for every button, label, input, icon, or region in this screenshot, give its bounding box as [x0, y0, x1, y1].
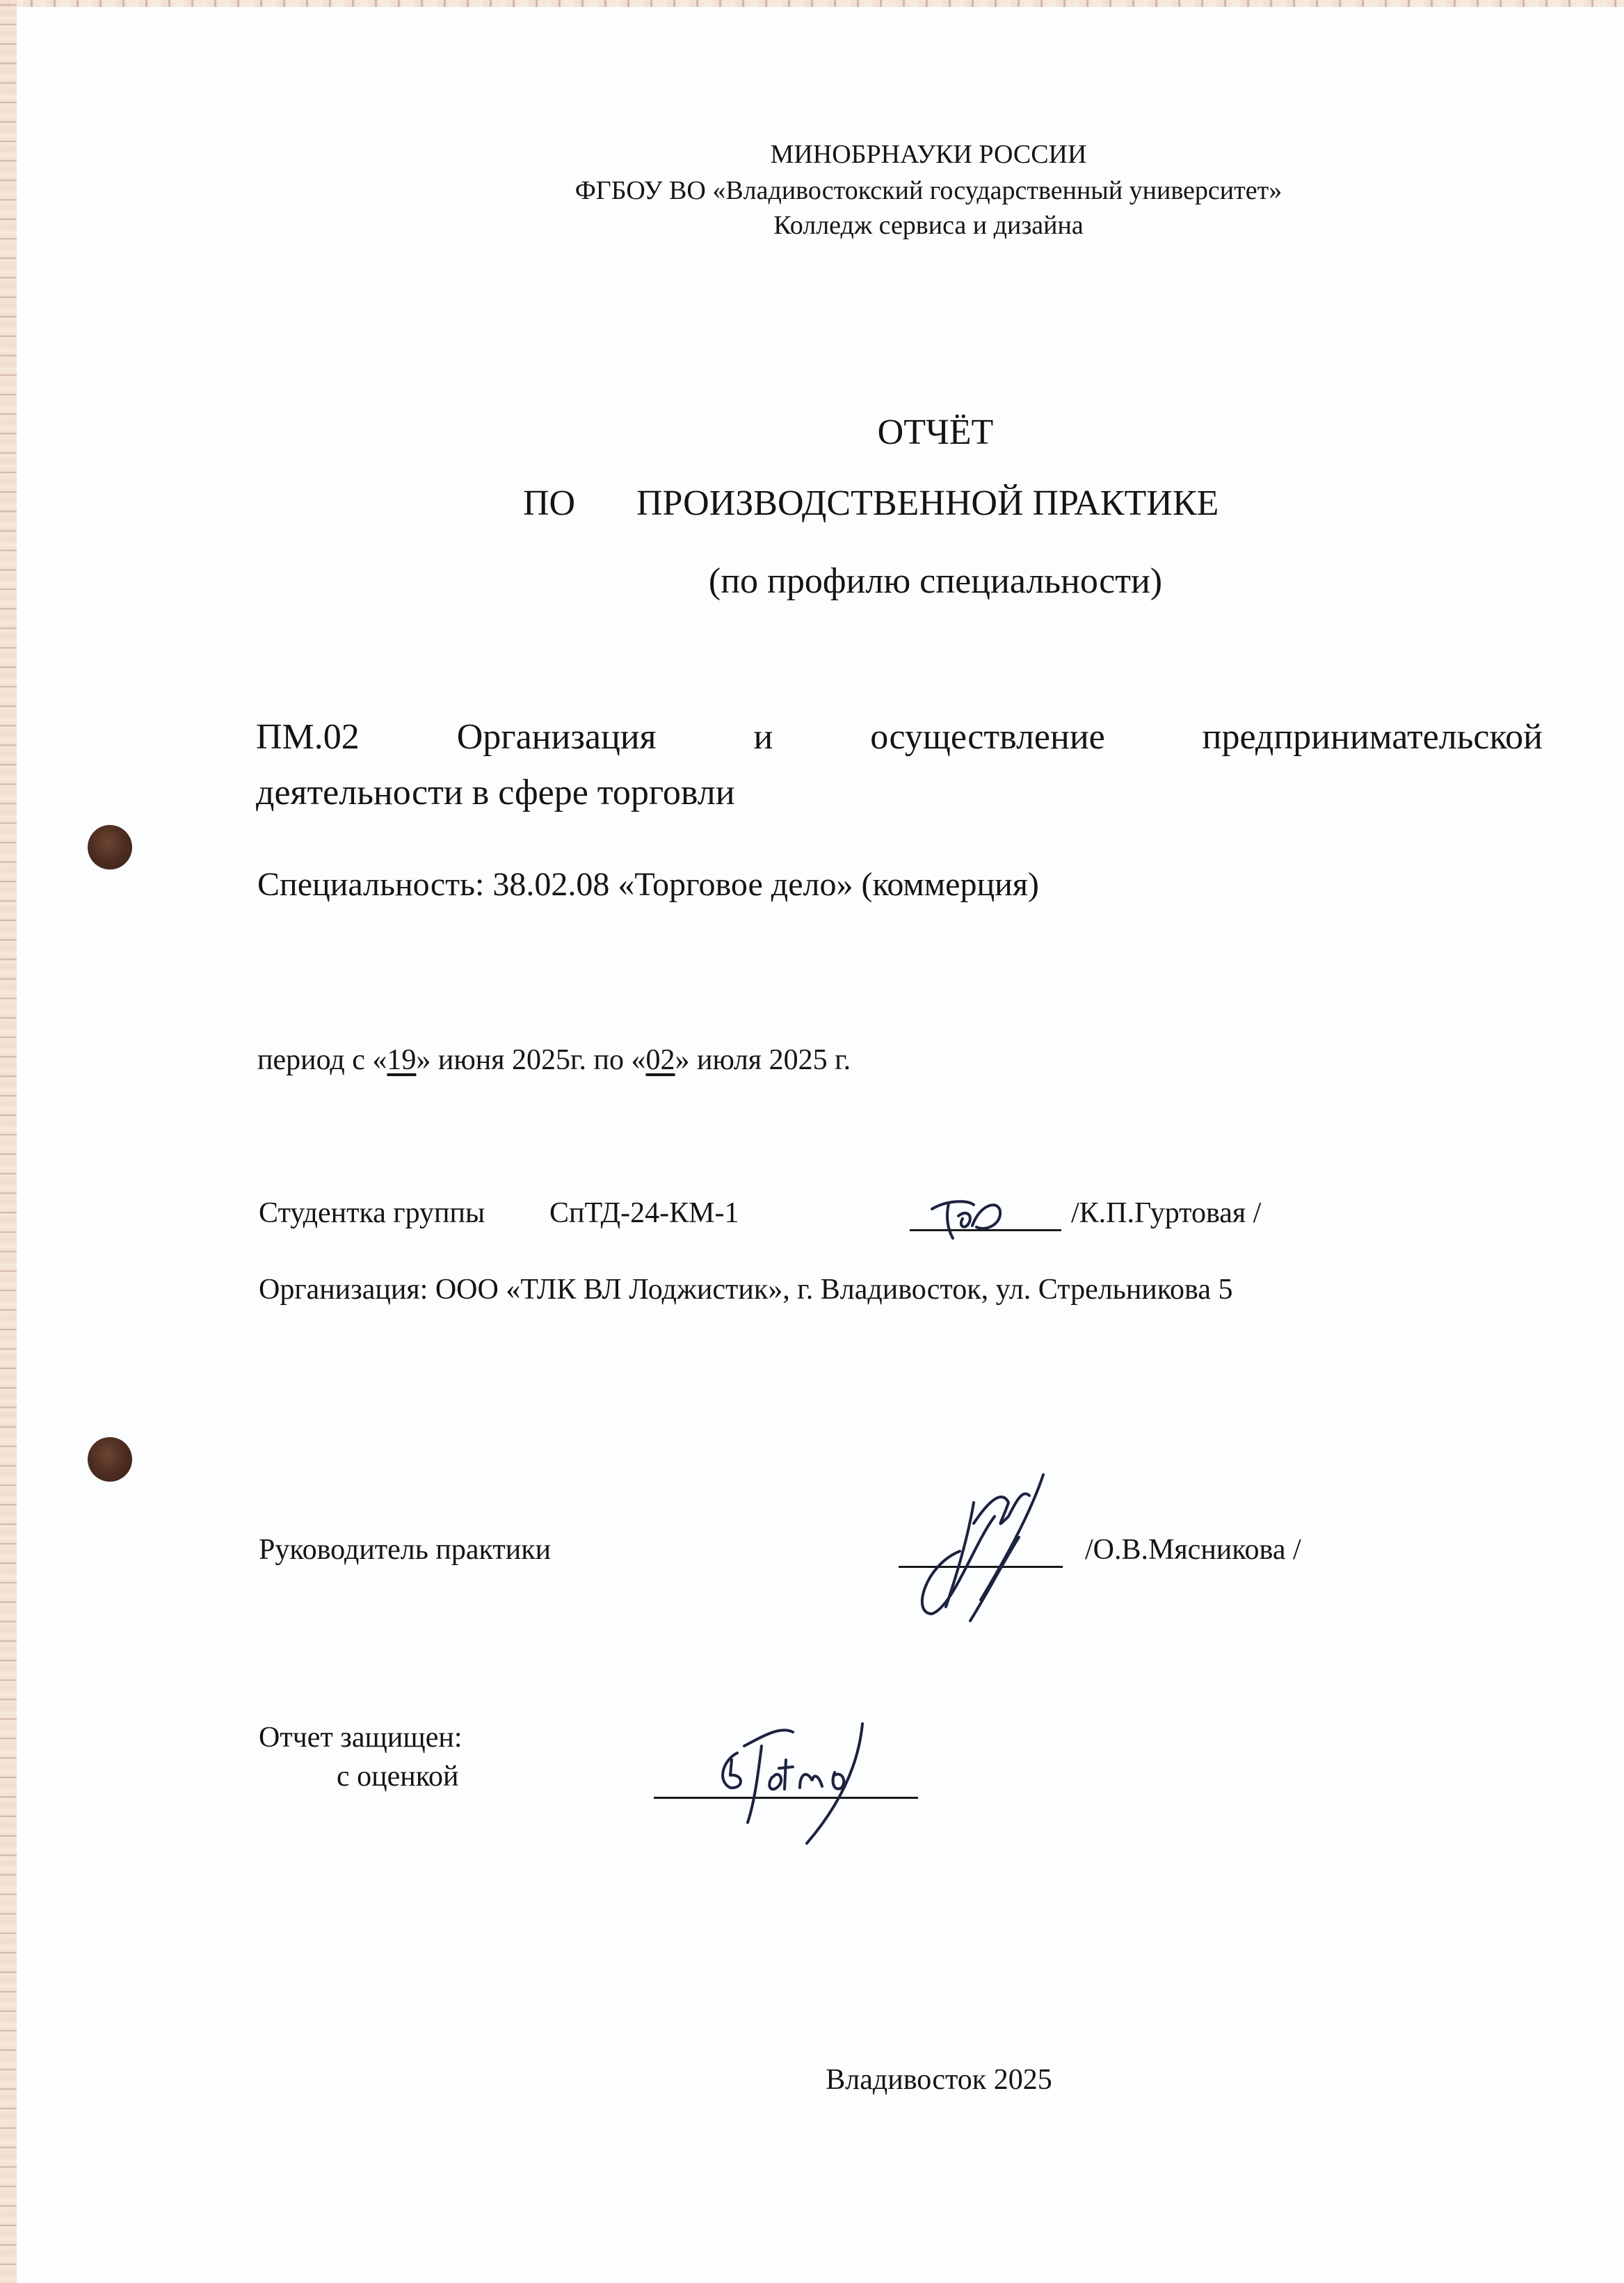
practice-period: период с «19» июня 2025г. по «02» июля 2… — [257, 1043, 851, 1077]
report-subtitle: (по профилю специальности) — [0, 561, 1624, 602]
module-word: предпринимательской — [1203, 716, 1543, 758]
module-word: осуществление — [870, 716, 1105, 758]
supervisor-name: /О.В.Мясникова / — [1085, 1533, 1301, 1567]
period-mid: » июня 2025г. по « — [416, 1044, 645, 1076]
student-signature — [918, 1195, 1015, 1244]
scan-edge-top — [0, 0, 1624, 7]
report-title-prefix: ПО — [523, 483, 575, 524]
module-word: Организация — [457, 716, 657, 758]
punch-hole-bottom — [88, 1437, 132, 1482]
module-line-1: ПМ.02 Организация и осуществление предпр… — [256, 716, 1543, 758]
grade-handwriting — [696, 1711, 904, 1836]
report-title-practice: ПРОИЗВОДСТВЕННОЙ ПРАКТИКЕ — [636, 483, 1219, 524]
supervisor-signature — [904, 1461, 1099, 1628]
scan-edge-left — [0, 0, 17, 2283]
student-group: СпТД-24-КМ-1 — [549, 1196, 739, 1230]
report-title: ОТЧЁТ — [0, 412, 1624, 453]
supervisor-label: Руководитель практики — [259, 1533, 551, 1567]
module-word: и — [753, 716, 773, 758]
grade-label: с оценкой — [337, 1760, 459, 1793]
module-line-2: деятельности в сфере торговли — [256, 772, 735, 813]
city-year: Владивосток 2025 — [0, 2063, 1624, 2097]
period-start-day: 19 — [387, 1044, 416, 1076]
period-prefix: период с « — [257, 1044, 387, 1076]
module-code: ПМ.02 — [256, 716, 360, 758]
specialty: Специальность: 38.02.08 «Торговое дело» … — [257, 865, 1039, 904]
university-line: ФГБОУ ВО «Владивостокский государственны… — [0, 175, 1624, 206]
college-line: Колледж сервиса и дизайна — [0, 210, 1624, 241]
period-end-day: 02 — [646, 1044, 675, 1076]
punch-hole-top — [88, 825, 132, 870]
ministry-line: МИНОБРНАУКИ РОССИИ — [0, 139, 1624, 170]
student-name: /К.П.Гуртовая / — [1071, 1196, 1261, 1230]
organization: Организация: ООО «ТЛК ВЛ Лоджистик», г. … — [259, 1273, 1232, 1306]
period-suffix: » июля 2025 г. — [675, 1044, 851, 1076]
defense-label: Отчет защищен: — [259, 1721, 462, 1754]
student-label: Студентка группы — [259, 1196, 485, 1230]
